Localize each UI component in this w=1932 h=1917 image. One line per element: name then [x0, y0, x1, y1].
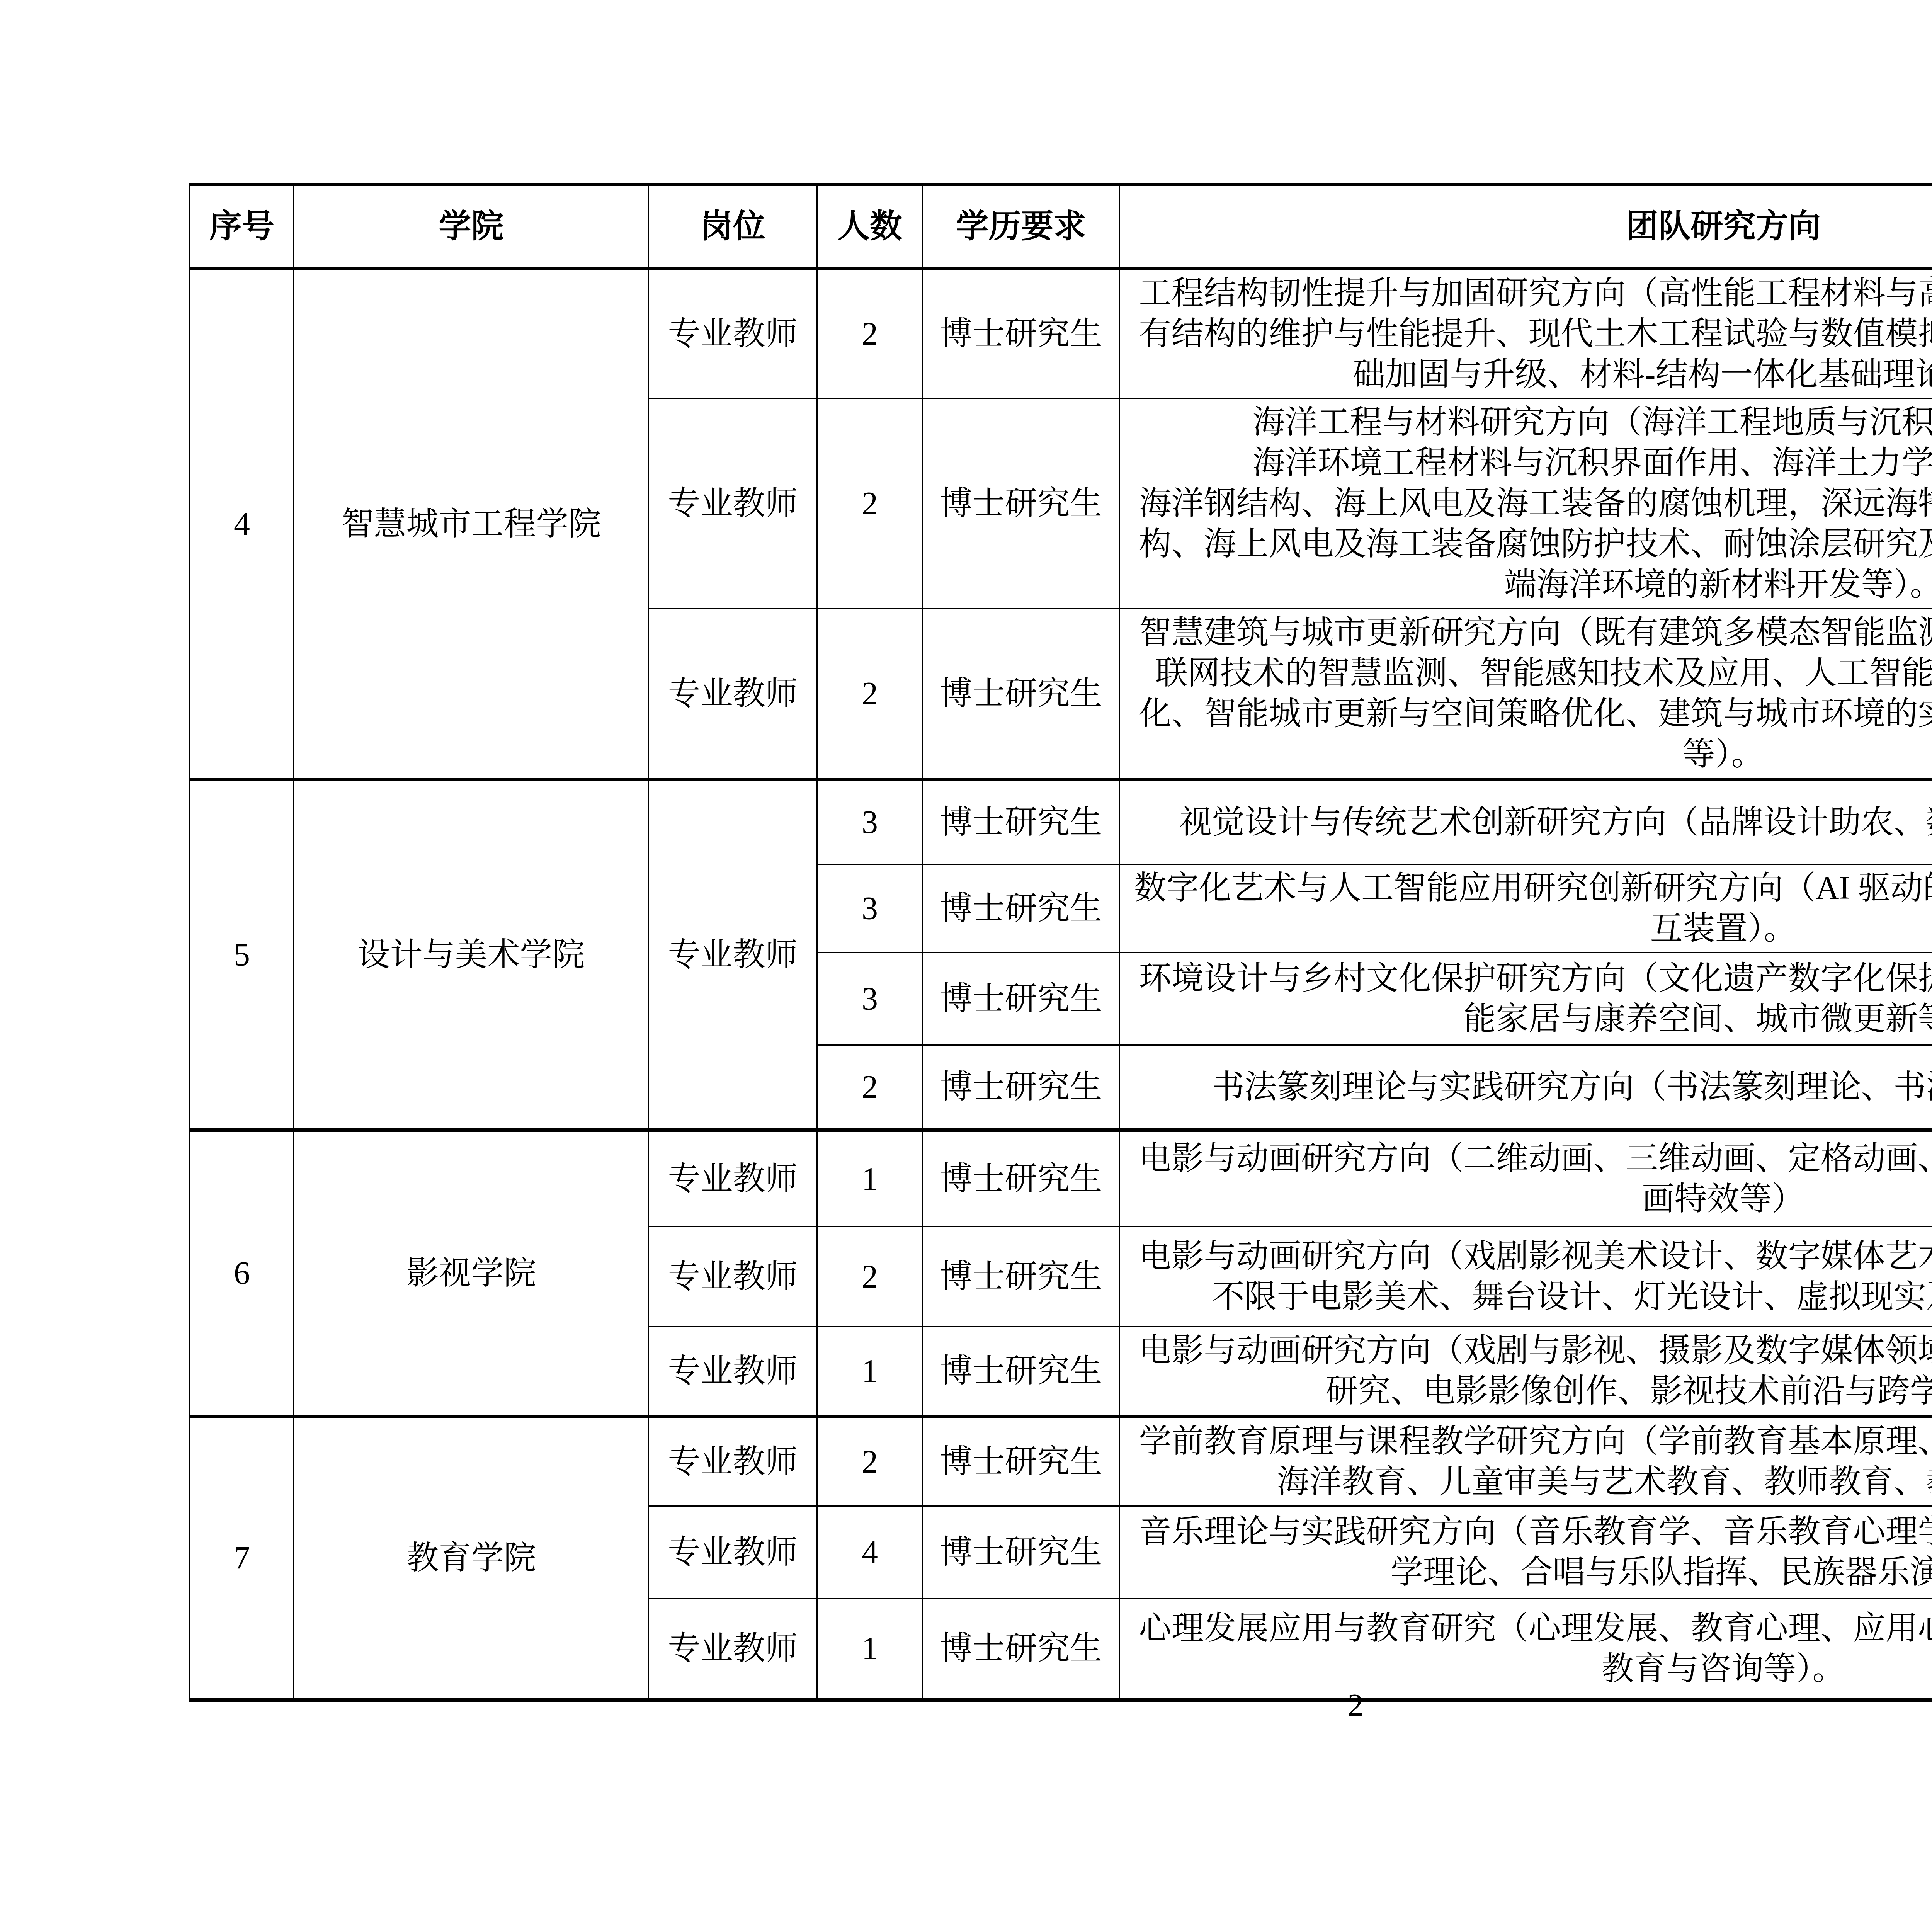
college-cell: 智慧城市工程学院 — [294, 269, 649, 780]
seq-cell: 7 — [190, 1417, 294, 1700]
header-row: 序号 学院 岗位 人数 学历要求 团队研究方向 联系方式 — [190, 185, 1932, 269]
direction-cell: 环境设计与乡村文化保护研究方向（文化遗产数字化保护与乡村人居环境设计、智能家居与… — [1120, 953, 1932, 1045]
degree-cell: 博士研究生 — [923, 1417, 1120, 1506]
count-cell: 2 — [817, 1045, 923, 1130]
direction-cell: 电影与动画研究方向（二维动画、三维动画、定格动画、动画导演、动画编剧、动画特效等… — [1120, 1130, 1932, 1227]
position-cell: 专业教师 — [649, 1227, 817, 1327]
direction-cell: 海洋工程与材料研究方向（海洋工程地质与沉积动力学交叉方向， 海洋环境工程材料与沉… — [1120, 399, 1932, 609]
col-header-count: 人数 — [817, 185, 923, 269]
col-header-position: 岗位 — [649, 185, 817, 269]
position-cell: 专业教师 — [649, 1506, 817, 1599]
count-cell: 3 — [817, 953, 923, 1045]
degree-cell: 博士研究生 — [923, 1599, 1120, 1700]
degree-cell: 博士研究生 — [923, 864, 1120, 953]
document-page: 序号 学院 岗位 人数 学历要求 团队研究方向 联系方式 4 智慧城市工程学院 … — [0, 0, 1932, 1917]
count-cell: 2 — [817, 1417, 923, 1506]
college-cell: 影视学院 — [294, 1130, 649, 1417]
direction-cell: 电影与动画研究方向（戏剧影视美术设计、数字媒体艺术及工业设计领域，涵盖但不限于电… — [1120, 1227, 1932, 1327]
table-row: 6 影视学院 专业教师 1 博士研究生 电影与动画研究方向（二维动画、三维动画、… — [190, 1130, 1932, 1227]
table-row: 4 智慧城市工程学院 专业教师 2 博士研究生 工程结构韧性提升与加固研究方向（… — [190, 269, 1932, 399]
direction-cell: 学前教育原理与课程教学研究方向（学前教育基本原理、幼儿园课程与教学、儿童海洋教育… — [1120, 1417, 1932, 1506]
position-cell: 专业教师 — [649, 609, 817, 780]
count-cell: 2 — [817, 269, 923, 399]
count-cell: 4 — [817, 1506, 923, 1599]
col-header-college: 学院 — [294, 185, 649, 269]
degree-cell: 博士研究生 — [923, 1227, 1120, 1327]
page-number: 2 — [0, 1689, 1932, 1721]
degree-cell: 博士研究生 — [923, 1506, 1120, 1599]
table-row: 5 设计与美术学院 专业教师 3 博士研究生 视觉设计与传统艺术创新研究方向（品… — [190, 780, 1932, 864]
degree-cell: 博士研究生 — [923, 1130, 1120, 1227]
col-header-direction: 团队研究方向 — [1120, 185, 1932, 269]
direction-cell: 音乐理论与实践研究方向（音乐教育学、音乐教育心理学、作曲与音乐制作、音乐学理论、… — [1120, 1506, 1932, 1599]
count-cell: 1 — [817, 1130, 923, 1227]
count-cell: 2 — [817, 399, 923, 609]
count-cell: 3 — [817, 864, 923, 953]
degree-cell: 博士研究生 — [923, 1327, 1120, 1417]
position-cell: 专业教师 — [649, 399, 817, 609]
recruitment-table: 序号 学院 岗位 人数 学历要求 团队研究方向 联系方式 4 智慧城市工程学院 … — [189, 183, 1932, 1702]
count-cell: 3 — [817, 780, 923, 864]
col-header-degree: 学历要求 — [923, 185, 1120, 269]
degree-cell: 博士研究生 — [923, 780, 1120, 864]
degree-cell: 博士研究生 — [923, 953, 1120, 1045]
position-cell: 专业教师 — [649, 269, 817, 399]
position-cell: 专业教师 — [649, 1130, 817, 1227]
count-cell: 1 — [817, 1327, 923, 1417]
direction-cell: 数字化艺术与人工智能应用研究创新研究方向（AI 驱动的艺术生成与交互：智能交互装… — [1120, 864, 1932, 953]
position-cell: 专业教师 — [649, 780, 817, 1130]
count-cell: 2 — [817, 609, 923, 780]
direction-cell: 视觉设计与传统艺术创新研究方向（品牌设计助农、数字化非遗手工艺等）。 — [1120, 780, 1932, 864]
position-cell: 专业教师 — [649, 1417, 817, 1506]
degree-cell: 博士研究生 — [923, 399, 1120, 609]
table-row: 7 教育学院 专业教师 2 博士研究生 学前教育原理与课程教学研究方向（学前教育… — [190, 1417, 1932, 1506]
col-header-seq: 序号 — [190, 185, 294, 269]
position-cell: 专业教师 — [649, 1327, 817, 1417]
direction-cell: 智慧建筑与城市更新研究方向（既有建筑多模态智能监测与动态感知技术、基于物联网技术… — [1120, 609, 1932, 780]
direction-cell: 电影与动画研究方向（戏剧与影视、摄影及数字媒体领域，涵盖但不限于影视理论研究、电… — [1120, 1327, 1932, 1417]
seq-cell: 4 — [190, 269, 294, 780]
degree-cell: 博士研究生 — [923, 609, 1120, 780]
count-cell: 1 — [817, 1599, 923, 1700]
direction-cell: 书法篆刻理论与实践研究方向（书法篆刻理论、书法篆刻创作实践等）。 — [1120, 1045, 1932, 1130]
count-cell: 2 — [817, 1227, 923, 1327]
seq-cell: 5 — [190, 780, 294, 1130]
degree-cell: 博士研究生 — [923, 1045, 1120, 1130]
direction-cell: 心理发展应用与教育研究（心理发展、教育心理、应用心理、艺术疗愈、心理健康教育与咨… — [1120, 1599, 1932, 1700]
direction-cell: 工程结构韧性提升与加固研究方向（高性能工程材料与高性能结构的协同设计、既有结构的… — [1120, 269, 1932, 399]
college-cell: 教育学院 — [294, 1417, 649, 1700]
position-cell: 专业教师 — [649, 1599, 817, 1700]
degree-cell: 博士研究生 — [923, 269, 1120, 399]
seq-cell: 6 — [190, 1130, 294, 1417]
college-cell: 设计与美术学院 — [294, 780, 649, 1130]
